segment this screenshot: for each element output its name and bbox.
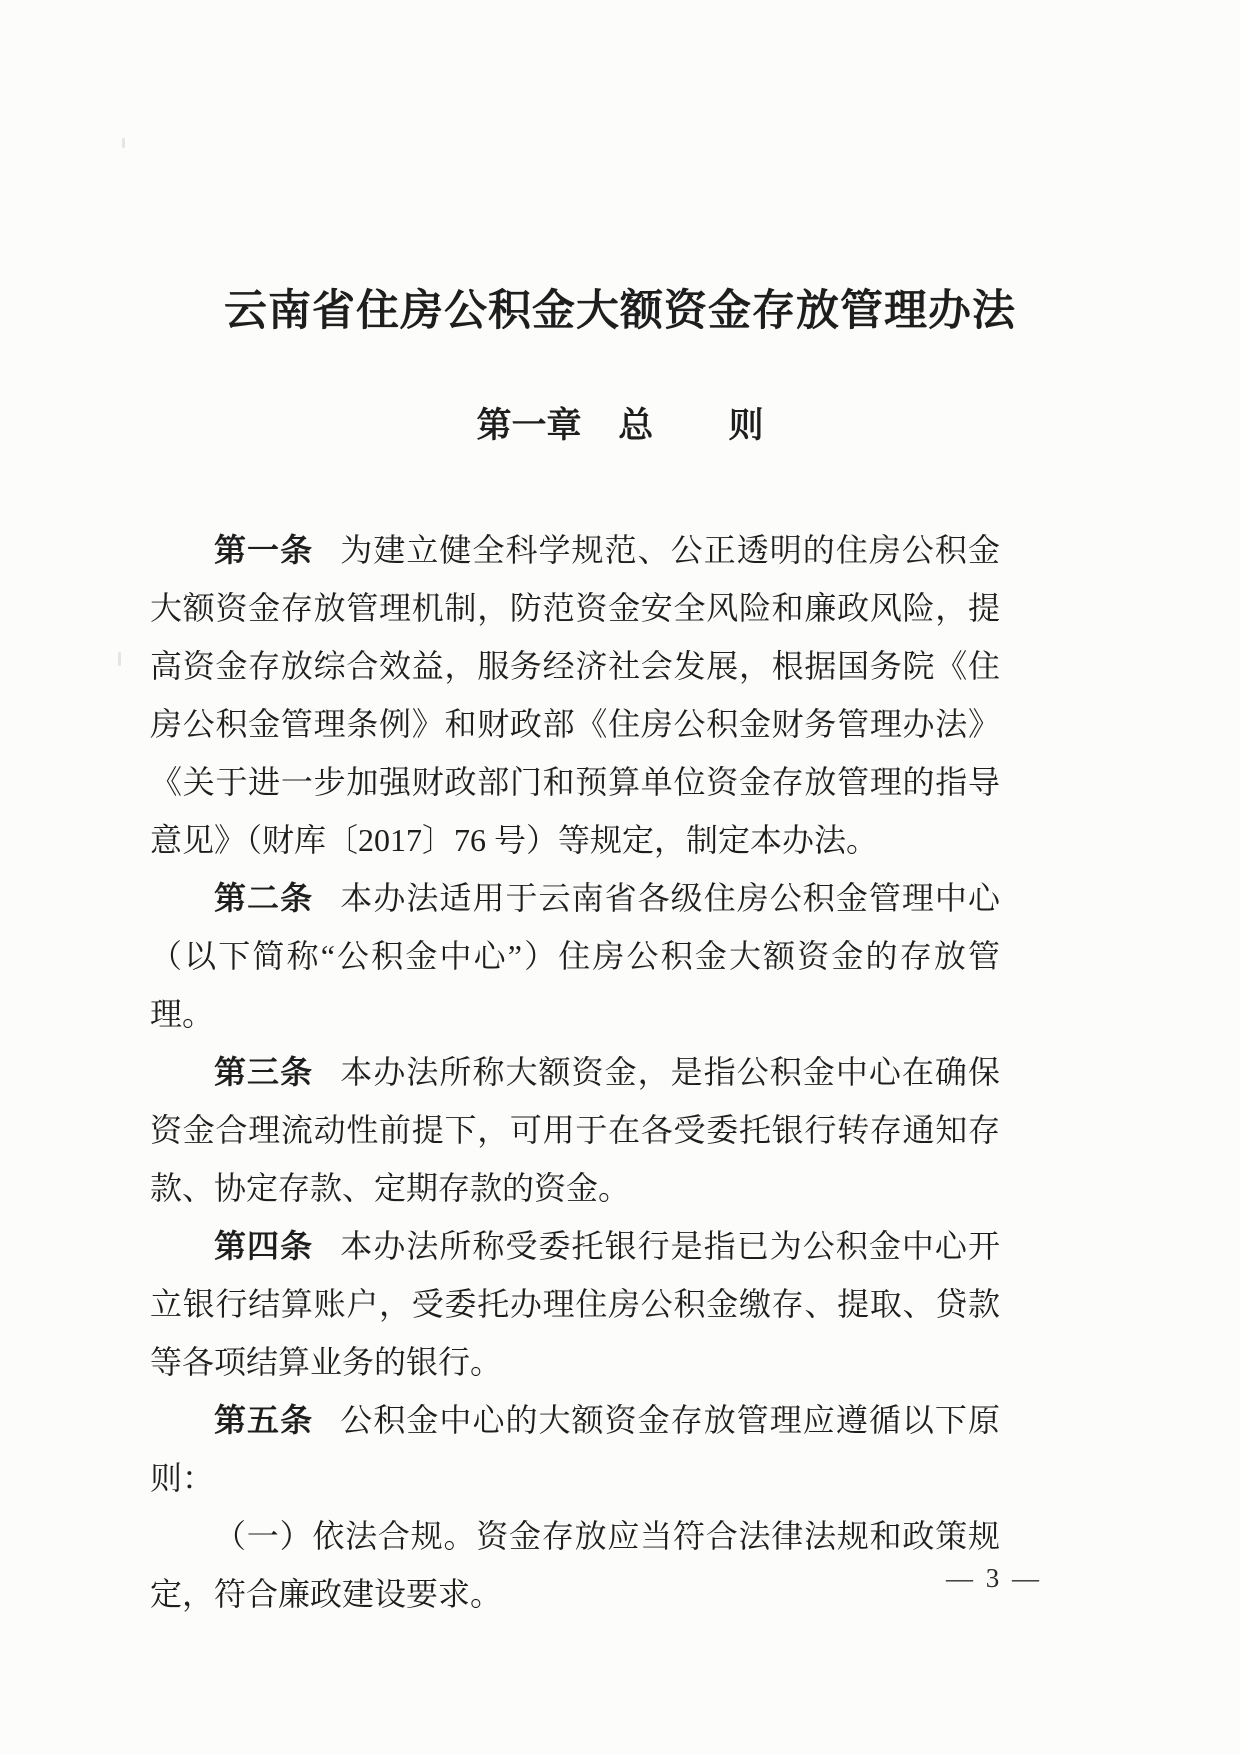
page-number: — 3 —: [905, 1563, 1083, 1594]
scan-artifact: [118, 652, 121, 666]
document-page: 云南省住房公积金大额资金存放管理办法 第一章总 则 第一条为建立健全科学规范、公…: [0, 0, 1240, 1754]
document-body: 第一条为建立健全科学规范、公正透明的住房公积金大额资金存放管理机制，防范资金安全…: [150, 521, 1000, 1623]
article-text: 为建立健全科学规范、公正透明的住房公积金大额资金存放管理机制，防范资金安全风险和…: [150, 532, 1000, 858]
chapter-heading: 第一章总 则: [0, 398, 1240, 448]
chapter-number: 第一章: [476, 406, 581, 445]
article-number-label: 第四条: [214, 1228, 313, 1264]
law-article-paragraph: （一）依法合规。资金存放应当符合法律法规和政策规定，符合廉政建设要求。: [150, 1507, 1000, 1623]
document-title: 云南省住房公积金大额资金存放管理办法: [100, 277, 1140, 338]
law-article-paragraph: 第二条本办法适用于云南省各级住房公积金管理中心（以下简称“公积金中心”）住房公积…: [150, 869, 1000, 1043]
law-article-paragraph: 第四条本办法所称受委托银行是指已为公积金中心开立银行结算账户，受委托办理住房公积…: [150, 1217, 1000, 1391]
article-number-label: 第二条: [214, 880, 313, 916]
law-article-paragraph: 第一条为建立健全科学规范、公正透明的住房公积金大额资金存放管理机制，防范资金安全…: [150, 521, 1000, 869]
law-article-paragraph: 第三条本办法所称大额资金，是指公积金中心在确保资金合理流动性前提下，可用于在各受…: [150, 1043, 1000, 1217]
law-article-paragraph: 第五条公积金中心的大额资金存放管理应遵循以下原则：: [150, 1391, 1000, 1507]
article-number-label: 第一条: [214, 532, 313, 568]
article-number-label: 第五条: [214, 1402, 313, 1438]
scan-artifact: [122, 138, 125, 148]
article-number-label: 第三条: [214, 1054, 313, 1090]
article-text: （一）依法合规。资金存放应当符合法律法规和政策规定，符合廉政建设要求。: [150, 1518, 1000, 1612]
chapter-title: 总 则: [618, 406, 763, 445]
